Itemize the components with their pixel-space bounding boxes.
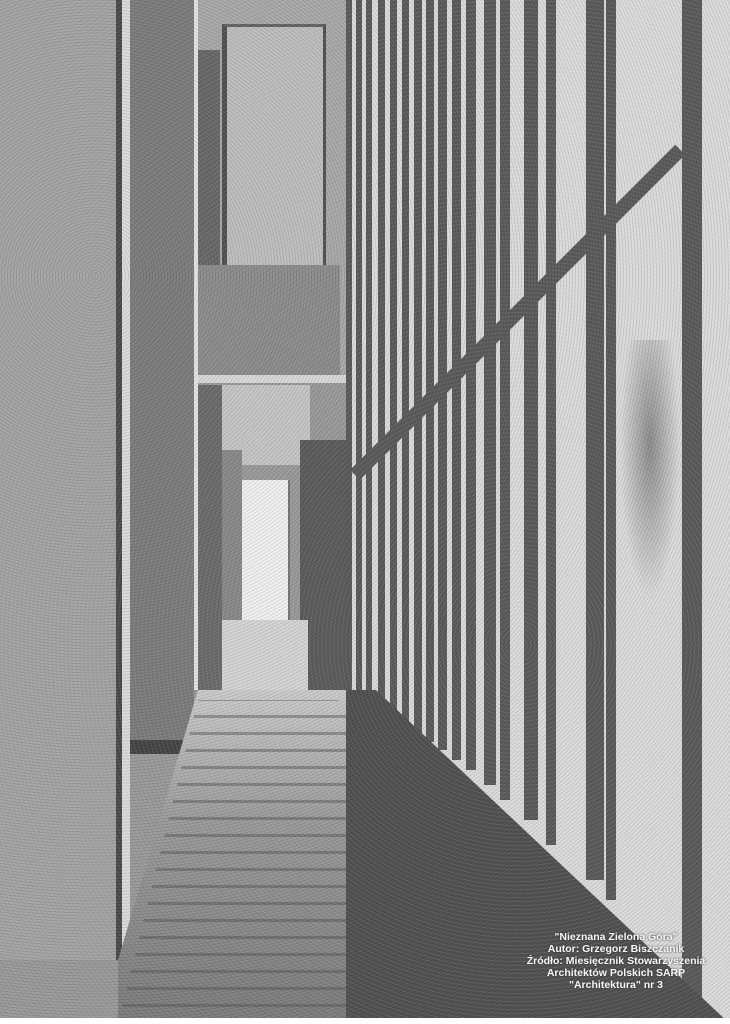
far-doorway [242, 480, 290, 620]
caption-source-2: Architektów Polskich SARP [506, 967, 726, 979]
caption-source-1: Źródło: Miesięcznik Stowarzyszenia [506, 955, 726, 967]
window-mullion [586, 0, 604, 880]
caption-source-3: "Architektura" nr 3 [506, 979, 726, 991]
pillar [130, 0, 194, 752]
back-window-frame [198, 50, 220, 270]
scan-border [0, 1018, 730, 1024]
window-mullion [378, 0, 385, 715]
photograph: "Nieznana Zielona Góra" Autor: Grzegorz … [0, 0, 730, 1024]
window-mullion [346, 0, 352, 700]
beam-edge [198, 375, 346, 383]
left-wall-highlight [122, 0, 130, 960]
ceiling-beam [198, 265, 340, 375]
window-mullion [366, 0, 372, 710]
window-mullion [426, 0, 434, 742]
window-mullion [524, 0, 538, 820]
window-mullion [546, 0, 556, 845]
window-mullion [356, 0, 362, 705]
window-mullion [390, 0, 397, 720]
doorway-floor [222, 620, 308, 690]
window-mullion [466, 0, 476, 770]
caption-title: "Nieznana Zielona Góra" [506, 931, 726, 943]
window-mullion [402, 0, 409, 728]
window-mullion [500, 0, 510, 800]
tree-reflection [620, 340, 680, 600]
window-mullion [606, 0, 616, 900]
left-wall [0, 0, 118, 960]
photo-caption: "Nieznana Zielona Góra" Autor: Grzegorz … [506, 931, 726, 991]
window-mullion [414, 0, 422, 735]
corridor-left-wall [198, 385, 222, 690]
corridor-left-wall-inner [222, 450, 242, 640]
window-mullion [484, 0, 496, 785]
back-window [222, 24, 326, 267]
caption-author: Autor: Grzegorz Biszczanik [506, 943, 726, 955]
